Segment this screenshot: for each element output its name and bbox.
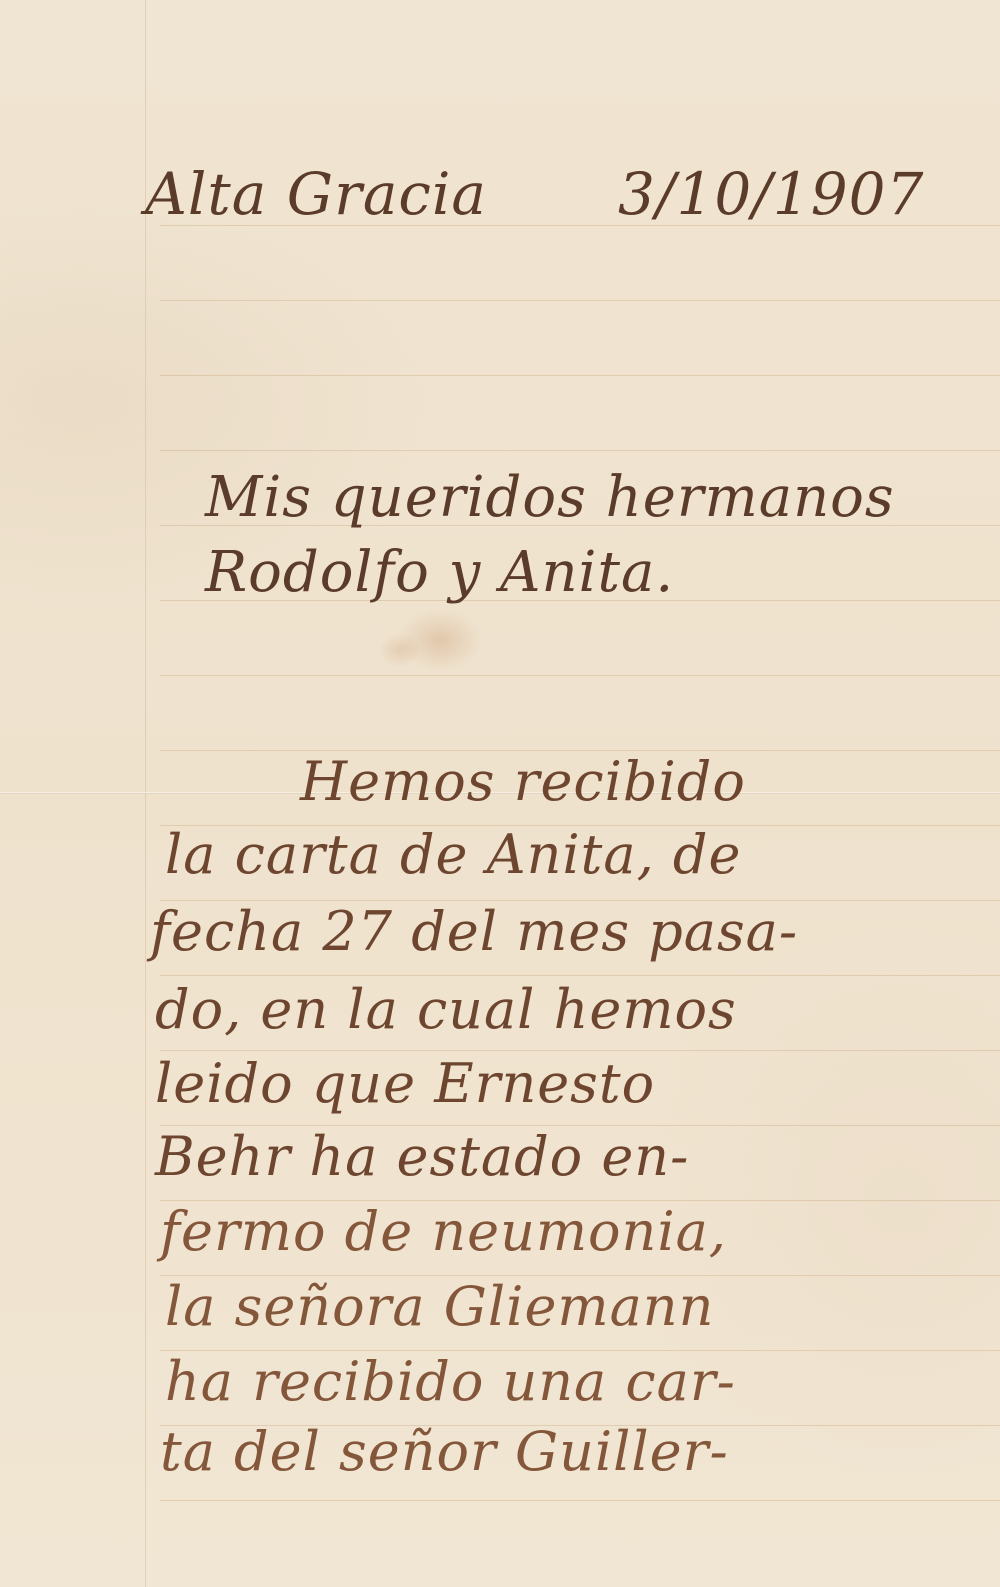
ruled-line: [160, 975, 1000, 976]
body-line: la carta de Anita, de: [165, 823, 741, 886]
ruled-line: [160, 300, 1000, 301]
body-line: fermo de neumonia,: [160, 1200, 727, 1263]
letter-place: Alta Gracia: [145, 160, 487, 228]
body-line: ha recibido una car-: [165, 1350, 736, 1413]
body-line: fecha 27 del mes pasa-: [150, 900, 798, 963]
ruled-line: [160, 450, 1000, 451]
salutation-line: Mis queridos hermanos: [205, 465, 895, 530]
body-line: la señora Gliemann: [165, 1275, 714, 1338]
ruled-line: [160, 675, 1000, 676]
body-line: Behr ha estado en-: [155, 1125, 689, 1188]
body-line: do, en la cual hemos: [155, 978, 737, 1041]
ruled-line: [160, 1500, 1000, 1501]
body-line: leido que Ernesto: [155, 1052, 655, 1115]
body-line: Hemos recibido: [300, 750, 746, 813]
ruled-line: [160, 375, 1000, 376]
body-line: ta del señor Guiller-: [160, 1420, 729, 1483]
salutation-line: Rodolfo y Anita.: [205, 540, 674, 605]
ruled-line: [160, 1050, 1000, 1051]
letter-date: 3/10/1907: [618, 160, 924, 228]
